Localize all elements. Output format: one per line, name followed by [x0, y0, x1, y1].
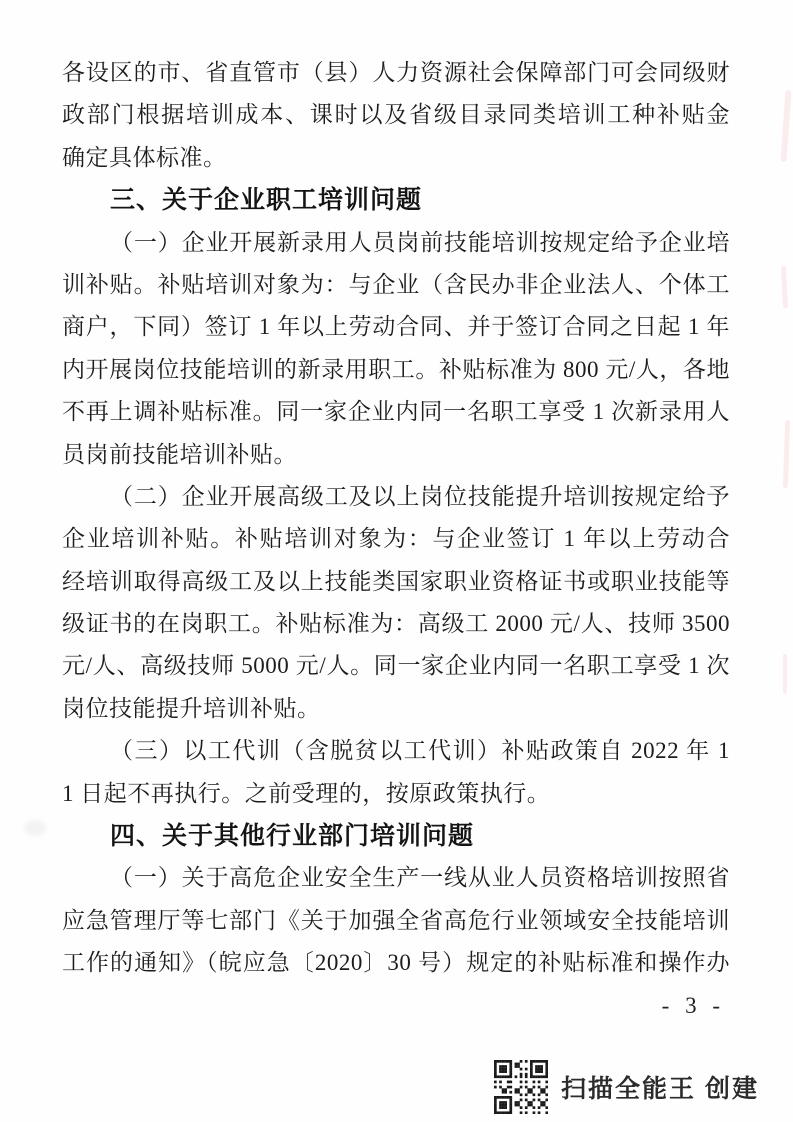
text-line: 商户，下同）签订 1 年以上劳动合同、并于签订合同之日起 1 年 — [62, 306, 730, 348]
text-line: 岗位技能提升培训补贴。 — [62, 688, 730, 730]
text-line: （三）以工代训（含脱贫以工代训）补贴政策自 2022 年 1 月 — [62, 730, 730, 772]
scanner-watermark: 扫描全能王 创建 — [494, 1060, 759, 1114]
text-line: 不再上调补贴标准。同一家企业内同一名职工享受 1 次新录用人 — [62, 391, 730, 433]
text-line: 内开展岗位技能培训的新录用职工。补贴标准为 800 元/人，各地 — [62, 349, 730, 391]
text-line: 企业培训补贴。补贴培训对象为：与企业签订 1 年以上劳动合同， — [62, 518, 730, 560]
section-heading: 四、关于其他行业部门培训问题 — [62, 815, 730, 857]
scan-artifact — [780, 90, 791, 162]
scan-artifact — [24, 820, 46, 836]
scan-artifact — [783, 420, 790, 488]
text-line: 元/人、高级技师 5000 元/人。同一家企业内同一名职工享受 1 次 — [62, 645, 730, 687]
section-heading: 三、关于企业职工培训问题 — [62, 179, 730, 221]
qr-code-icon — [494, 1060, 548, 1114]
page-number: - 3 - — [662, 993, 725, 1019]
text-line: 员岗前技能培训补贴。 — [62, 434, 730, 476]
text-line: 确定具体标准。 — [62, 137, 730, 179]
text-line: 政部门根据培训成本、课时以及省级目录同类培训工种补贴金额， — [62, 94, 730, 136]
scan-artifact — [783, 654, 787, 694]
scanner-app-label: 扫描全能王 创建 — [561, 1069, 759, 1105]
scan-artifact — [781, 266, 788, 308]
text-line: 1 日起不再执行。之前受理的，按原政策执行。 — [62, 773, 730, 815]
text-line: 工作的通知》（皖应急〔2020〕30 号）规定的补贴标准和操作办法 — [62, 942, 730, 984]
text-line: （二）企业开展高级工及以上岗位技能提升培训按规定给予 — [62, 476, 730, 518]
document-body: 各设区的市、省直管市（县）人力资源社会保障部门可会同级财政部门根据培训成本、课时… — [62, 52, 730, 985]
text-line: （一）企业开展新录用人员岗前技能培训按规定给予企业培 — [62, 222, 730, 264]
text-line: 训补贴。补贴培训对象为：与企业（含民办非企业法人、个体工 — [62, 264, 730, 306]
text-line: 各设区的市、省直管市（县）人力资源社会保障部门可会同级财 — [62, 52, 730, 94]
text-line: （一）关于高危企业安全生产一线从业人员资格培训按照省 — [62, 857, 730, 899]
text-line: 级证书的在岗职工。补贴标准为：高级工 2000 元/人、技师 3500 — [62, 603, 730, 645]
text-line: 经培训取得高级工及以上技能类国家职业资格证书或职业技能等 — [62, 561, 730, 603]
text-line: 应急管理厅等七部门《关于加强全省高危行业领域安全技能培训 — [62, 900, 730, 942]
document-page: 各设区的市、省直管市（县）人力资源社会保障部门可会同级财政部门根据培训成本、课时… — [0, 0, 793, 1122]
